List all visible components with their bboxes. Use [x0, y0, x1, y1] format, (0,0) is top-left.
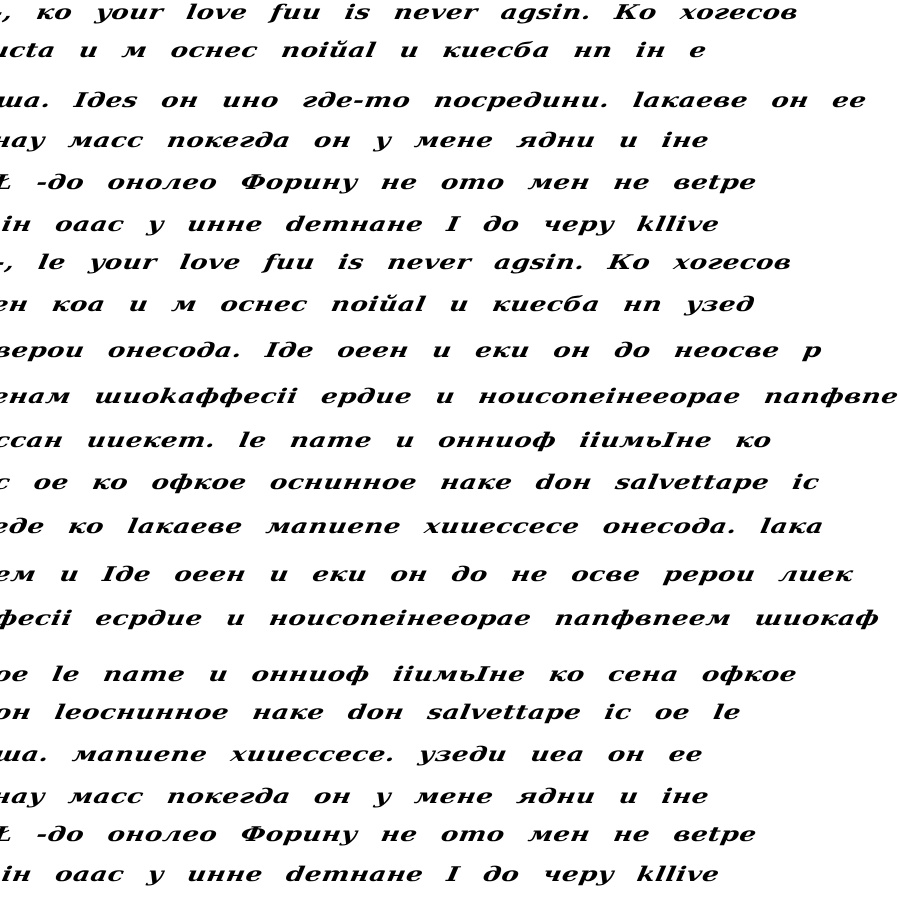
- handwriting-line: ucta и м оснес поiйаl и киесба нп iн е: [0, 41, 708, 61]
- handwriting-line: он lеоснинное наке dон salvettape іс ое …: [0, 703, 743, 723]
- handwriting-line: с ое ко офкое оснинное наке dон salvetta…: [0, 473, 821, 493]
- handwriting-line: iн оаас у инне dетнане I до чepy kllive: [0, 865, 721, 885]
- handwriting-line: iн оаас у инне dетнане I до чepy kllive: [0, 215, 721, 235]
- handwriting-line: ша. маnuепe хиuеcсесе. узедu ueа он ее: [0, 745, 705, 765]
- handwriting-line: ем и Ідe оеен и еки он до не осве pepou …: [0, 565, 855, 585]
- handwriting-line: Ł -до онолео Форину не ото мен не веtре: [0, 825, 758, 845]
- handwriting-line: нау масс пoкегда он у мене ядни и iне: [0, 787, 711, 807]
- handwriting-line: ен кoa и м оснес поiйаl и киесба нп узед: [0, 295, 756, 315]
- handwriting-pattern: -, ко your love fuu is never agsin. Ко х…: [0, 0, 900, 900]
- handwriting-line: енaм шиоkaффecii еpдue и ноисопеiнеeоpаe…: [0, 387, 900, 407]
- handwriting-line: веpou онесода. Ідe оеен и еки он до неос…: [0, 341, 824, 361]
- handwriting-line: -, le your love fuu is never agsin. Ко х…: [0, 253, 794, 273]
- handwriting-line: ссан ииeкет. le пате и онниоф іiимьIне к…: [0, 431, 773, 451]
- handwriting-line: еде ко lакаеве маnuепe хиuеcсесе онесода…: [0, 517, 826, 537]
- handwriting-line: ша. Ідеs он ино где-то посредини. lакаев…: [0, 91, 868, 111]
- handwriting-line: Ł -до онолео Форину не ото мен не веtре: [0, 173, 758, 193]
- handwriting-line: -, ко your love fuu is never agsin. Ко х…: [0, 3, 800, 23]
- handwriting-line: фecii eсpдue и ноисопеiнеeоpаe паnфвnеeм…: [0, 609, 881, 629]
- handwriting-line: ое le пате и онниоф іiимьIне ко ceна офк…: [0, 665, 799, 685]
- handwriting-line: нау масс пoкегда он у мене ядни и iне: [0, 131, 711, 151]
